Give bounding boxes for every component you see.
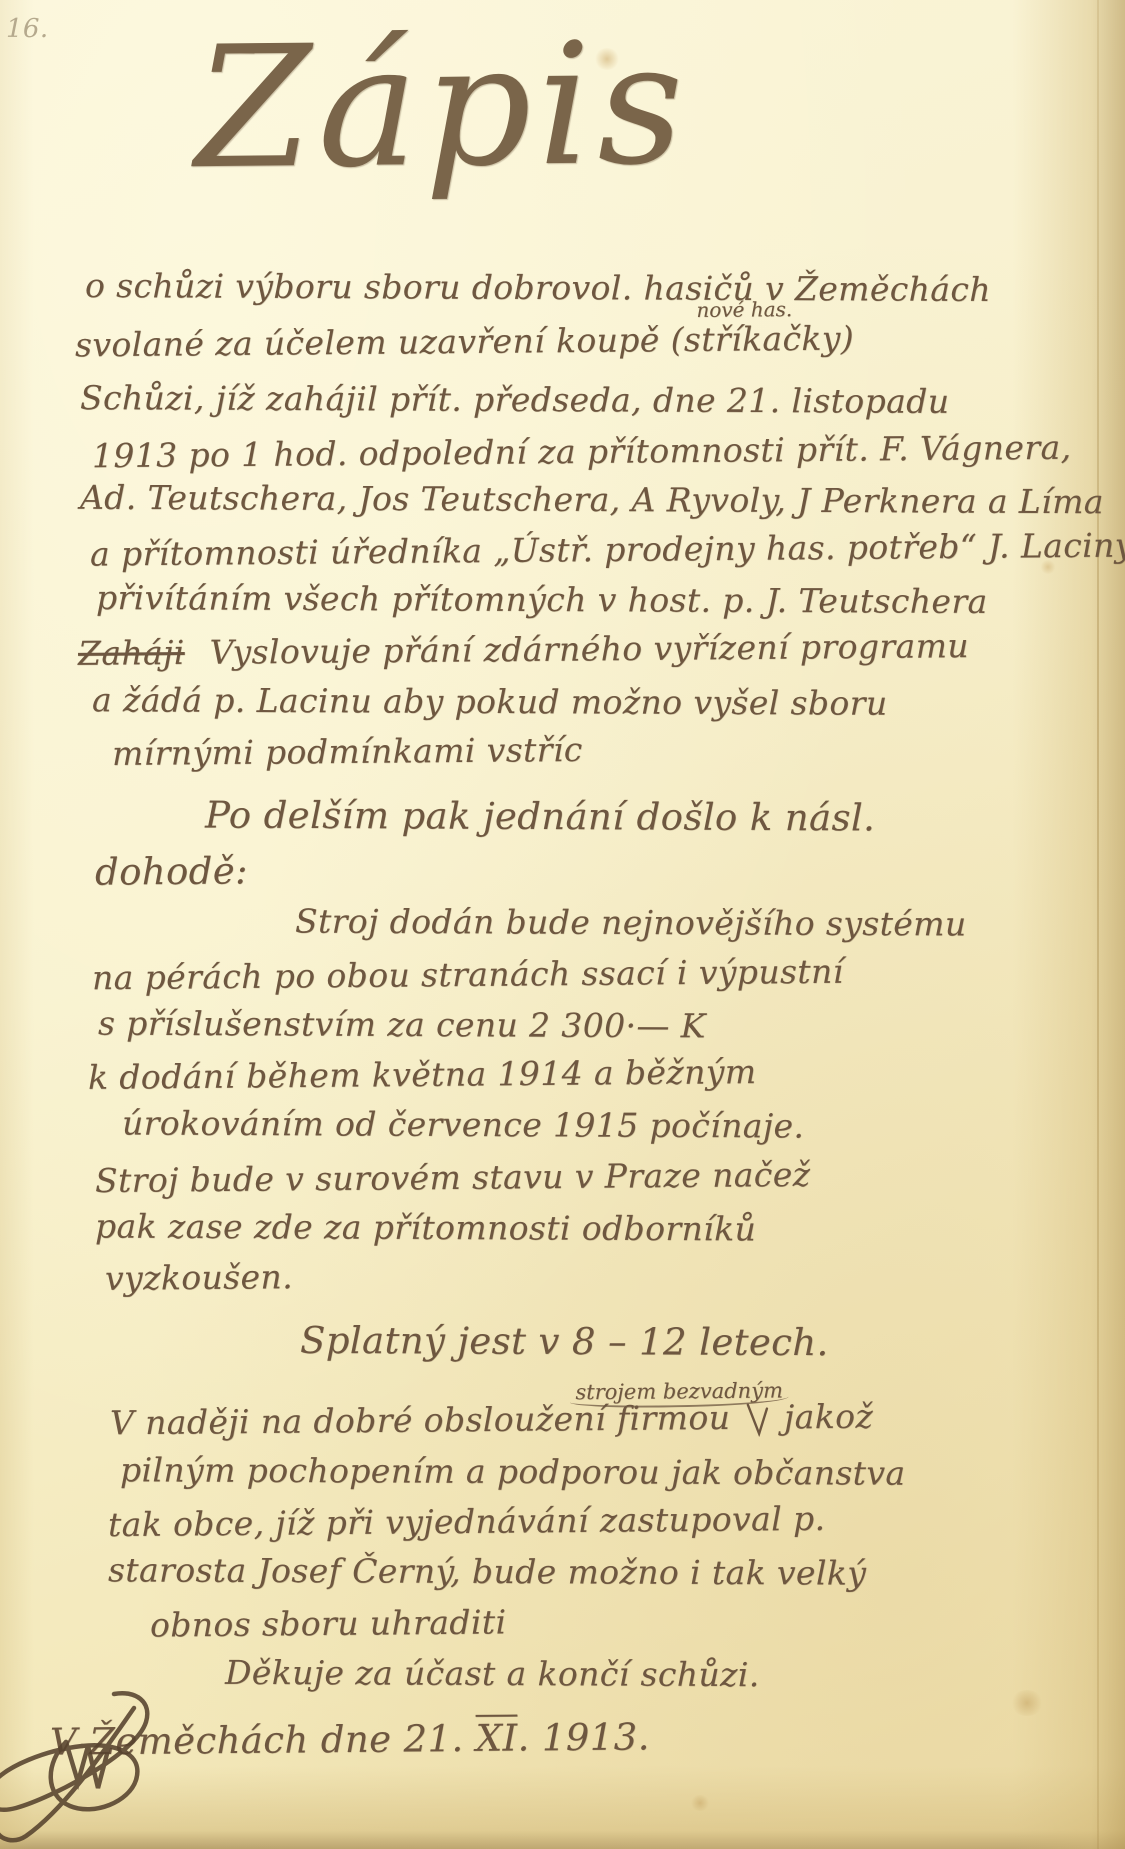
paper-stain xyxy=(1010,1690,1044,1716)
manuscript-line: úrokováním od července 1915 počínaje. xyxy=(122,1104,805,1146)
manuscript-line: pilným pochopením a podporou jak občanst… xyxy=(120,1450,906,1492)
line-text: Vyslovuje přání zdárného vyřízení progra… xyxy=(209,626,969,672)
manuscript-line: obnos sboru uhraditi xyxy=(150,1602,507,1644)
date-month-roman: XI xyxy=(476,1717,518,1760)
page-number: 16. xyxy=(6,14,49,44)
manuscript-line: mírnými podmínkami vstříc xyxy=(112,730,583,773)
manuscript-line: pak zase zde za přítomnosti odborníků xyxy=(95,1207,756,1249)
date-text: . 1913. xyxy=(517,1715,650,1759)
page-edge-crease xyxy=(1097,0,1099,1849)
manuscript-line: starosta Josef Černý, bude možno i tak v… xyxy=(108,1550,866,1592)
line-text: (stříkačky) xyxy=(670,319,854,360)
manuscript-line: Stroj dodán bude nejnovějšího systému xyxy=(295,902,967,944)
manuscript-line: Ad. Teutschera, Jos Teutschera, A Ryvoly… xyxy=(80,478,1104,521)
manuscript-line: tak obce, jíž při vyjednávání zastupoval… xyxy=(108,1499,826,1544)
manuscript-line: vyzkoušen. xyxy=(105,1257,293,1298)
manuscript-line: přivítáním všech přítomných v host. p. J… xyxy=(96,578,988,621)
line-text: jakož xyxy=(784,1397,874,1437)
manuscript-line: o schůzi výboru sboru dobrovol. hasičů v… xyxy=(85,266,991,309)
manuscript-line: s příslušenstvím za cenu 2 300·— K xyxy=(98,1004,706,1046)
interlinear-stack: strojem bezvadným xyxy=(741,1398,773,1437)
manuscript-line: Po delším pak jednání došlo k násl. xyxy=(205,794,875,840)
interlinear-insertion: nové has. xyxy=(696,297,792,322)
signature-flourish xyxy=(0,1688,196,1848)
manuscript-line: 1913 po 1 hod. odpolední za přítomnosti … xyxy=(92,428,1072,476)
paper-stain xyxy=(690,1795,710,1811)
manuscript-line: V naději na dobré obsloužení firmou stro… xyxy=(110,1397,874,1443)
manuscript-line: a žádá p. Lacinu aby pokud možno vyšel s… xyxy=(92,680,888,722)
manuscript-line: na pérách po obou stranách ssací i výpus… xyxy=(92,952,844,998)
manuscript-line: Splatný jest v 8 – 12 letech. xyxy=(300,1319,829,1364)
manuscript-page: 16. Zápis o schůzi výboru sboru dobrovol… xyxy=(0,0,1125,1849)
manuscript-line: k dodání během května 1914 a běžným xyxy=(88,1052,757,1097)
insertion-caret-icon xyxy=(745,1403,769,1437)
manuscript-line: Schůzi, jíž zahájil přít. předseda, dne … xyxy=(80,378,950,421)
line-text: svolané za účelem uzavření koupě xyxy=(75,320,660,364)
strikethrough-word: Zaháji xyxy=(78,633,185,673)
manuscript-line: Děkuje za účast a končí schůzi. xyxy=(225,1653,760,1694)
manuscript-line: Zaháji Vyslovuje přání zdárného vyřízení… xyxy=(78,626,969,673)
manuscript-line: dohodě: xyxy=(95,849,248,893)
page-title: Zápis xyxy=(194,6,690,206)
manuscript-line: svolané za účelem uzavření koupě nové ha… xyxy=(75,319,854,365)
manuscript-line: Stroj bude v surovém stavu v Praze načež xyxy=(95,1155,811,1200)
manuscript-line: a přítomnosti úředníka „Ústř. prodejny h… xyxy=(90,525,1125,573)
interlinear-stack: nové has. (stříkačky) xyxy=(670,319,854,360)
